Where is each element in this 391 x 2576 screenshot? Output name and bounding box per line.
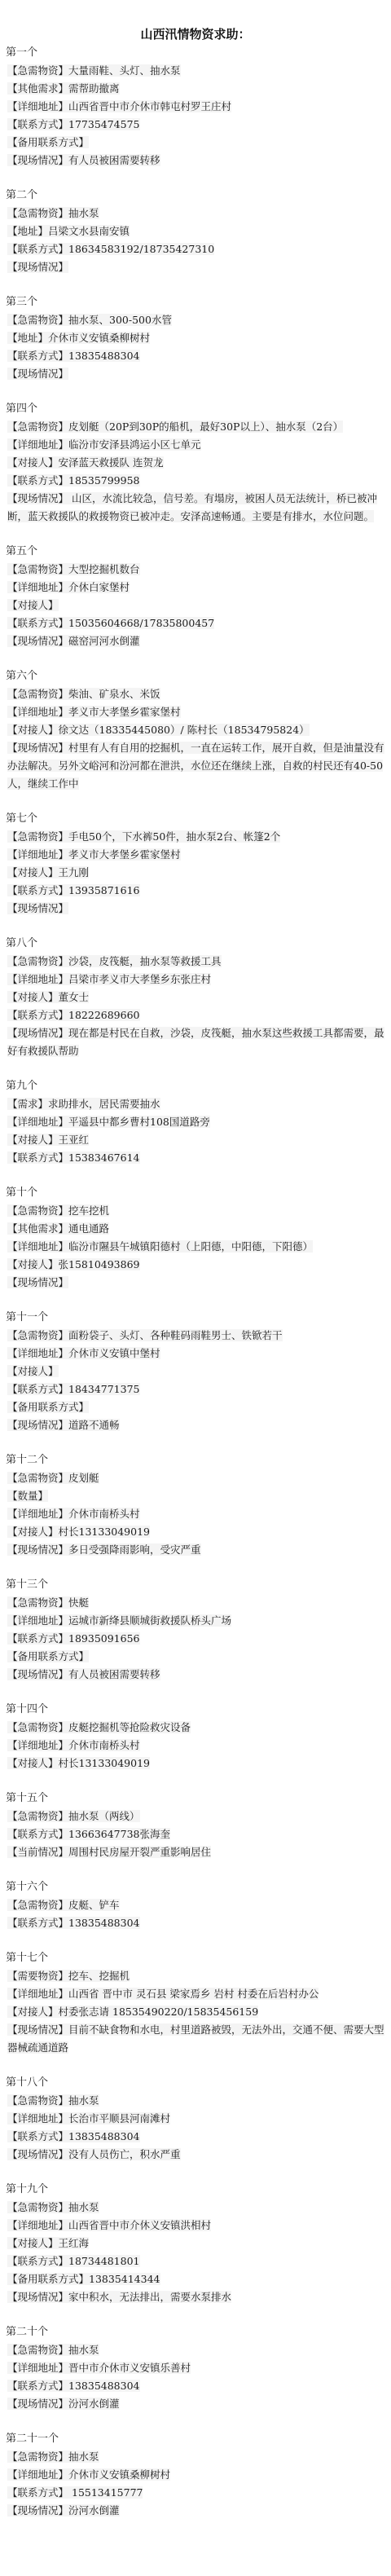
field-label: 【急需物资】 xyxy=(7,1329,68,1341)
field-text: 【详细地址】临汾市安泽县鸿运小区七单元 xyxy=(7,438,201,451)
request-field: 【其他需求】需帮助撤离 xyxy=(0,80,391,98)
request-heading: 第八个 xyxy=(0,935,391,953)
field-value: 15383467614 xyxy=(68,1151,139,1164)
field-value: 汾河水倒灌 xyxy=(68,2398,120,2410)
field-label: 【详细地址】 xyxy=(7,2468,68,2481)
request-field: 【急需物资】抽水泵 xyxy=(0,2092,391,2110)
field-value: 13835488304 xyxy=(68,2130,139,2142)
field-label: 【急需物资】 xyxy=(7,1204,68,1217)
field-text: 【联系方式】13935871616 xyxy=(7,884,140,896)
field-value: 挖车挖机 xyxy=(68,1204,109,1217)
field-label: 【详细地址】 xyxy=(7,2112,68,2125)
field-text: 【对接人】安泽蓝天救援队 连贺龙 xyxy=(7,456,164,469)
field-value: 有人员被困需要转移 xyxy=(68,154,160,166)
request-field: 【急需物资】抽水泵 xyxy=(0,2199,391,2217)
field-text: 【对接人】 xyxy=(7,1365,59,1377)
field-value: 皮艇、铲车 xyxy=(68,1899,120,1911)
request-field: 【详细地址】运城市新绛县顺城街救援队桥头广场 xyxy=(0,1612,391,1630)
field-value: 13835488304 xyxy=(68,2380,139,2392)
request-item: 第十一个【急需物资】面粉袋子、头灯、各种鞋码雨鞋男士、铁锨若干【详细地址】介休市… xyxy=(0,1309,391,1434)
field-label: 【对接人】 xyxy=(7,599,59,611)
request-field: 【现场情况】没有人员伤亡，积水严重 xyxy=(0,2146,391,2164)
field-value: 18222689660 xyxy=(68,1009,139,1021)
field-label: 【现场情况】 xyxy=(7,635,68,647)
request-item: 第六个【急需物资】柴油、矿泉水、米饭【详细地址】孝义市大孝堡乡霍家堡村【对接人】… xyxy=(0,667,391,793)
field-text: 【联系方式】18734481801 xyxy=(7,2255,140,2267)
field-label: 【联系方式】 xyxy=(7,617,68,629)
field-value: 王九刚 xyxy=(59,866,90,878)
field-text: 【对接人】村长13133049019 xyxy=(7,1757,150,1769)
field-label: 【联系方式】 xyxy=(7,1828,68,1840)
request-field: 【急需物资】皮艇挖掘机等抢险救灾设备 xyxy=(0,1719,391,1737)
request-field: 【对接人】徐文达（18335445080）/ 陈村长（18534795824） xyxy=(0,721,391,739)
field-label: 【详细地址】 xyxy=(7,706,68,718)
request-field: 【联系方式】18734481801 xyxy=(0,2252,391,2270)
request-field: 【详细地址】长治市平顺县河南滩村 xyxy=(0,2110,391,2128)
field-value: 临汾市安泽县鸿运小区七单元 xyxy=(68,438,201,451)
field-text: 【详细地址】孝义市大孝堡乡霍家堡村 xyxy=(7,848,181,861)
field-value: 多日受强降雨影响，受灾严重 xyxy=(68,1543,201,1556)
request-field: 【备用联系方式】13835414344 xyxy=(0,2270,391,2288)
field-label: 【联系方式】 xyxy=(7,1917,68,1929)
field-label: 【其他需求】 xyxy=(7,82,68,95)
field-text: 【备用联系方式】13835414344 xyxy=(7,2273,160,2285)
field-label: 【现场情况】 xyxy=(7,1543,68,1556)
field-label: 【当前情况】 xyxy=(7,1846,68,1858)
field-label: 【联系方式】 xyxy=(7,118,68,130)
field-text: 【对接人】村长13133049019 xyxy=(7,1526,150,1538)
request-field: 【详细地址】孝义市大孝堡乡霍家堡村 xyxy=(0,846,391,864)
request-item: 第二十个【急需物资】抽水泵【详细地址】晋中市介休市义安镇乐善村【联系方式】138… xyxy=(0,2323,391,2413)
field-value: 挖车、挖掘机 xyxy=(68,1970,130,1982)
request-item: 第四个【急需物资】皮划艇（20P到30P的船机，最好30P以上）、抽水泵（2台）… xyxy=(0,400,391,526)
request-heading: 第十一个 xyxy=(0,1309,391,1327)
field-label: 【对接人】 xyxy=(7,1365,59,1377)
field-text: 【详细地址】孝义市大孝堡乡霍家堡村 xyxy=(7,706,181,718)
page-title: 山西汛情物资求助： xyxy=(0,24,391,44)
field-value: 张15810493869 xyxy=(59,1258,140,1270)
field-text: 【现场情况】没有人员伤亡，积水严重 xyxy=(7,2148,181,2160)
field-value: 汾河水倒灌 xyxy=(68,2504,120,2517)
field-text: 【现场情况】村里有人有自用的挖掘机，一直在运转工作，展开自救，但是油量没有办法解… xyxy=(7,742,384,790)
field-label: 【数量】 xyxy=(7,1490,48,1502)
field-text: 【急需物资】沙袋，皮筏艇，抽水泵等救援工具 xyxy=(7,955,222,967)
field-value: 没有人员伤亡，积水严重 xyxy=(68,2148,181,2160)
field-label: 【急需物资】 xyxy=(7,2094,68,2107)
field-value: 介休市南桥头村 xyxy=(68,1739,140,1751)
request-field: 【对接人】安泽蓝天救援队 连贺龙 xyxy=(0,454,391,472)
field-value: 长治市平顺县河南滩村 xyxy=(68,2112,170,2125)
field-label: 【现场情况】 xyxy=(7,492,68,504)
field-text: 【联系方式】13663647738张海奎 xyxy=(7,1828,170,1840)
field-label: 【详细地址】 xyxy=(7,100,68,112)
field-label: 【联系方式】 xyxy=(7,350,68,362)
field-label: 【急需物资】 xyxy=(7,830,68,843)
request-field: 【急需物资】面粉袋子、头灯、各种鞋码雨鞋男士、铁锨若干 xyxy=(0,1327,391,1345)
field-label: 【详细地址】 xyxy=(7,1116,68,1128)
request-item: 第八个【急需物资】沙袋，皮筏艇，抽水泵等救援工具【详细地址】吕梁市孝义市大孝堡乡… xyxy=(0,935,391,1060)
request-field: 【急需物资】沙袋，皮筏艇，抽水泵等救援工具 xyxy=(0,953,391,971)
field-label: 【急需物资】 xyxy=(7,207,68,219)
request-list: 第一个【急需物资】大量雨鞋、头灯、抽水泵【其他需求】需帮助撤离【详细地址】山西省… xyxy=(0,44,391,2520)
request-field: 【备用联系方式】 xyxy=(0,134,391,152)
field-value: 吕梁文水县南安镇 xyxy=(48,225,130,237)
request-item: 第七个【急需物资】手电50个，下水裤50件，抽水泵2台、帐篷2个【详细地址】孝义… xyxy=(0,810,391,918)
field-value: 18734481801 xyxy=(68,2255,139,2267)
field-label: 【对接人】 xyxy=(7,991,59,1003)
field-label: 【对接人】 xyxy=(7,724,59,736)
field-label: 【详细地址】 xyxy=(7,848,68,861)
request-field: 【急需物资】快艇 xyxy=(0,1594,391,1612)
field-text: 【详细地址】介休市义安镇中堡村 xyxy=(7,1347,160,1359)
field-value: 磁窑河河水倒灌 xyxy=(68,635,140,647)
field-value: 抽水泵 xyxy=(68,2344,99,2356)
field-text: 【急需物资】皮划艇 xyxy=(7,1472,99,1484)
request-field: 【急需物资】皮划艇 xyxy=(0,1469,391,1487)
request-field: 【现场情况】磁窑河河水倒灌 xyxy=(0,632,391,650)
field-label: 【急需物资】 xyxy=(7,2201,68,2213)
field-label: 【急需物资】 xyxy=(7,1899,68,1911)
request-field: 【地址】介休市义安镇桑柳树村 xyxy=(0,329,391,347)
field-value: 18634583192/18735427310 xyxy=(68,243,214,255)
request-field: 【详细地址】介休白家堡村 xyxy=(0,579,391,597)
field-value: 沙袋，皮筏艇，抽水泵等救援工具 xyxy=(68,955,222,967)
field-value: 皮划艇（20P到30P的船机，最好30P以上）、抽水泵（2台） xyxy=(68,421,343,433)
request-field: 【详细地址】山西省晋中市介休市韩屯村罗王庄村 xyxy=(0,98,391,116)
field-value: 13835414344 xyxy=(89,2273,160,2285)
field-text: 【详细地址】临汾市隰县午城镇阳德村（上阳德，中阳德，下阳德） xyxy=(7,1240,313,1253)
field-label: 【联系方式】 xyxy=(7,1632,68,1645)
field-label: 【现场情况】 xyxy=(7,154,68,166)
field-value: 运城市新绛县顺城街救援队桥头广场 xyxy=(68,1614,231,1627)
field-text: 【联系方式】15035604668/17835800457 xyxy=(7,617,214,629)
field-text: 【详细地址】长治市平顺县河南滩村 xyxy=(7,2112,170,2125)
field-text: 【对接人】张15810493869 xyxy=(7,1258,140,1270)
request-field: 【急需物资】抽水泵、300-500水管 xyxy=(0,311,391,329)
field-text: 【联系方式】 15513415777 xyxy=(7,2486,143,2499)
field-label: 【联系方式】 xyxy=(7,474,68,487)
field-text: 【急需物资】抽水泵 xyxy=(7,2451,99,2463)
field-label: 【对接人】 xyxy=(7,456,59,469)
field-value: 董女士 xyxy=(59,991,90,1003)
field-text: 【其他需求】通电通路 xyxy=(7,1222,109,1235)
request-field: 【联系方式】13835488304 xyxy=(0,2128,391,2146)
field-value: 介休市义安镇中堡村 xyxy=(68,1347,160,1359)
field-value: 平遥县中都乡曹村108国道路旁 xyxy=(68,1116,210,1128)
field-text: 【现场情况】家中积水，无法排出，需要水泵排水 xyxy=(7,2291,231,2303)
request-heading: 第十八个 xyxy=(0,2074,391,2092)
request-field: 【对接人】 xyxy=(0,597,391,614)
field-value: 手电50个，下水裤50件，抽水泵2台、帐篷2个 xyxy=(68,830,280,843)
field-label: 【联系方式】 xyxy=(7,884,68,896)
field-text: 【详细地址】晋中市介休市义安镇乐善村 xyxy=(7,2362,191,2374)
field-text: 【急需物资】抽水泵 xyxy=(7,2201,99,2213)
request-heading: 第四个 xyxy=(0,400,391,418)
field-value: 山西省晋中市介休义安镇洪相村 xyxy=(68,2219,211,2231)
field-label: 【需求】 xyxy=(7,1098,48,1110)
field-value: 周围村民房屋开裂严重影响居住 xyxy=(68,1846,211,1858)
request-heading: 第二个 xyxy=(0,187,391,205)
field-value: 通电通路 xyxy=(68,1222,109,1235)
field-value: 家中积水，无法排出，需要水泵排水 xyxy=(68,2291,231,2303)
field-label: 【现场情况】 xyxy=(7,1027,68,1039)
field-text: 【对接人】徐文达（18335445080）/ 陈村长（18534795824） xyxy=(7,724,310,736)
request-field: 【现场情况】 xyxy=(0,900,391,918)
field-value: 抽水泵（两线） xyxy=(68,1810,140,1822)
field-text: 【现场情况】 山区，水流比较急，信号差。有塌房，被困人员无法统计，桥已被冲断，蓝… xyxy=(7,492,377,522)
request-item: 第二个【急需物资】抽水泵【地址】吕梁文水县南安镇【联系方式】1863458319… xyxy=(0,187,391,276)
field-value: 介休市义安镇桑柳树村 xyxy=(48,332,150,344)
field-text: 【对接人】王九刚 xyxy=(7,866,89,878)
request-field: 【详细地址】介休市南桥头村 xyxy=(0,1737,391,1755)
field-label: 【急需物资】 xyxy=(7,64,68,77)
request-field: 【现场情况】 xyxy=(0,258,391,276)
field-label: 【详细地址】 xyxy=(7,1347,68,1359)
field-label: 【急需物资】 xyxy=(7,955,68,967)
request-field: 【现场情况】家中积水，无法排出，需要水泵排水 xyxy=(0,2288,391,2306)
field-text: 【地址】介休市义安镇桑柳树村 xyxy=(7,332,150,344)
request-field: 【对接人】王九刚 xyxy=(0,864,391,882)
field-value: 抽水泵 xyxy=(68,207,99,219)
field-label: 【现场情况】 xyxy=(7,2291,68,2303)
request-field: 【备用联系方式】 xyxy=(0,1398,391,1416)
field-text: 【详细地址】山西省 晋中市 灵石县 梁家焉乡 岩村 村委在后岩村办公 xyxy=(7,1988,319,2000)
request-field: 【数量】 xyxy=(0,1487,391,1505)
field-text: 【现场情况】现在都是村民在自救，沙袋，皮筏艇，抽水泵这些救援工具都需要，最好有救… xyxy=(7,1027,384,1057)
request-heading: 第二十一个 xyxy=(0,2430,391,2448)
field-value: 13935871616 xyxy=(68,884,139,896)
field-value: 18935091656 xyxy=(68,1632,139,1645)
field-label: 【详细地址】 xyxy=(7,1988,68,2000)
field-value: 13835488304 xyxy=(68,350,139,362)
request-field: 【现场情况】 山区，水流比较急，信号差。有塌房，被困人员无法统计，桥已被冲断，蓝… xyxy=(0,490,391,526)
request-field: 【急需物资】挖车挖机 xyxy=(0,1202,391,1220)
request-item: 第二十一个【急需物资】抽水泵【详细地址】介休市义安镇桑柳树村【联系方式】 155… xyxy=(0,2430,391,2520)
field-text: 【对接人】王红海 xyxy=(7,2237,89,2249)
field-value: 吕梁市孝义市大孝堡乡东张庄村 xyxy=(68,973,211,985)
field-value: 村长13133049019 xyxy=(59,1757,150,1769)
field-text: 【联系方式】13835488304 xyxy=(7,2380,140,2392)
field-label: 【联系方式】 xyxy=(7,243,68,255)
field-text: 【现场情况】 xyxy=(7,902,68,914)
request-heading: 第七个 xyxy=(0,810,391,828)
field-text: 【备用联系方式】 xyxy=(7,1650,89,1662)
request-heading: 第十九个 xyxy=(0,2181,391,2199)
request-field: 【详细地址】临汾市隰县午城镇阳德村（上阳德，中阳德，下阳德） xyxy=(0,1238,391,1256)
field-text: 【联系方式】18634583192/18735427310 xyxy=(7,243,214,255)
field-text: 【对接人】 xyxy=(7,599,59,611)
request-field: 【详细地址】平遥县中都乡曹村108国道路旁 xyxy=(0,1113,391,1131)
field-text: 【急需物资】挖车挖机 xyxy=(7,1204,109,1217)
field-text: 【现场情况】磁窑河河水倒灌 xyxy=(7,635,140,647)
field-label: 【现场情况】 xyxy=(7,1276,68,1288)
field-text: 【现场情况】目前不缺食物和水电，村里道路被毁，无法外出，交通不便、需要大型器械疏… xyxy=(7,2023,384,2054)
field-text: 【详细地址】介休市南桥头村 xyxy=(7,1739,140,1751)
field-label: 【现场情况】 xyxy=(7,2148,68,2160)
request-field: 【对接人】 xyxy=(0,1363,391,1380)
field-label: 【详细地址】 xyxy=(7,1240,68,1253)
request-field: 【对接人】王亚红 xyxy=(0,1131,391,1149)
request-field: 【联系方式】18535799958 xyxy=(0,472,391,490)
field-text: 【详细地址】介休市义安镇桑柳树村 xyxy=(7,2468,170,2481)
field-label: 【现场情况】 xyxy=(7,2398,68,2410)
field-label: 【急需物资】 xyxy=(7,421,68,433)
field-text: 【急需物资】大型挖掘机数台 xyxy=(7,563,140,575)
field-value: 大量雨鞋、头灯、抽水泵 xyxy=(68,64,181,77)
request-item: 第十九个【急需物资】抽水泵【详细地址】山西省晋中市介休义安镇洪相村【对接人】王红… xyxy=(0,2181,391,2306)
request-item: 第十二个【急需物资】皮划艇【数量】【详细地址】介休市南桥头村【对接人】村长131… xyxy=(0,1451,391,1559)
field-value: 徐文达（18335445080）/ 陈村长（18534795824） xyxy=(59,724,310,736)
request-field: 【联系方式】 15513415777 xyxy=(0,2484,391,2502)
field-label: 【详细地址】 xyxy=(7,1614,68,1627)
field-label: 【现场情况】 xyxy=(7,742,68,754)
request-heading: 第十二个 xyxy=(0,1451,391,1469)
field-label: 【急需物资】 xyxy=(7,1721,68,1733)
field-text: 【联系方式】18434771375 xyxy=(7,1383,140,1395)
field-text: 【详细地址】山西省晋中市介休市韩屯村罗王庄村 xyxy=(7,100,231,112)
request-field: 【详细地址】孝义市大孝堡乡霍家堡村 xyxy=(0,703,391,721)
request-heading: 第十七个 xyxy=(0,1949,391,1967)
request-field: 【对接人】张15810493869 xyxy=(0,1256,391,1274)
field-value: 抽水泵 xyxy=(68,2201,99,2213)
field-text: 【现场情况】 xyxy=(7,261,68,273)
field-label: 【详细地址】 xyxy=(7,1508,68,1520)
field-label: 【现场情况】 xyxy=(7,261,68,273)
field-label: 【需要物资】 xyxy=(7,1970,68,1982)
field-label: 【联系方式】 xyxy=(7,2130,68,2142)
field-label: 【急需物资】 xyxy=(7,1472,68,1484)
request-item: 第一个【急需物资】大量雨鞋、头灯、抽水泵【其他需求】需帮助撤离【详细地址】山西省… xyxy=(0,44,391,170)
field-label: 【详细地址】 xyxy=(7,581,68,593)
field-label: 【对接人】 xyxy=(7,866,59,878)
field-label: 【急需物资】 xyxy=(7,314,68,326)
field-label: 【详细地址】 xyxy=(7,973,68,985)
request-field: 【现场情况】目前不缺食物和水电，村里道路被毁，无法外出，交通不便、需要大型器械疏… xyxy=(0,2021,391,2057)
field-text: 【数量】 xyxy=(7,1490,48,1502)
field-label: 【急需物资】 xyxy=(7,1810,68,1822)
field-label: 【地址】 xyxy=(7,225,48,237)
request-item: 第三个【急需物资】抽水泵、300-500水管【地址】介休市义安镇桑柳树村【联系方… xyxy=(0,293,391,383)
field-label: 【详细地址】 xyxy=(7,2219,68,2231)
field-text: 【联系方式】18535799958 xyxy=(7,474,140,487)
request-item: 第五个【急需物资】大型挖掘机数台【详细地址】介休白家堡村【对接人】【联系方式】1… xyxy=(0,543,391,650)
field-text: 【急需物资】手电50个，下水裤50件，抽水泵2台、帐篷2个 xyxy=(7,830,280,843)
field-label: 【备用联系方式】 xyxy=(7,1401,89,1413)
field-value: 18535799958 xyxy=(68,474,139,487)
request-item: 第十个【急需物资】挖车挖机【其他需求】通电通路【详细地址】临汾市隰县午城镇阳德村… xyxy=(0,1184,391,1292)
field-text: 【急需物资】皮划艇（20P到30P的船机，最好30P以上）、抽水泵（2台） xyxy=(7,421,343,433)
request-field: 【联系方式】18222689660 xyxy=(0,1006,391,1024)
field-text: 【当前情况】周围村民房屋开裂严重影响居住 xyxy=(7,1846,211,1858)
field-label: 【急需物资】 xyxy=(7,563,68,575)
request-field: 【地址】吕梁文水县南安镇 xyxy=(0,222,391,240)
field-text: 【急需物资】面粉袋子、头灯、各种鞋码雨鞋男士、铁锨若干 xyxy=(7,1329,283,1341)
request-heading: 第十个 xyxy=(0,1184,391,1202)
field-label: 【备用联系方式】 xyxy=(7,136,89,148)
field-label: 【现场情况】 xyxy=(7,2023,68,2036)
request-field: 【联系方式】13835488304 xyxy=(0,2377,391,2395)
field-label: 【急需物资】 xyxy=(7,688,68,700)
field-value: 皮艇挖掘机等抢险救灾设备 xyxy=(68,1721,191,1733)
field-label: 【现场情况】 xyxy=(7,368,68,380)
document-page: 山西汛情物资求助： 第一个【急需物资】大量雨鞋、头灯、抽水泵【其他需求】需帮助撤… xyxy=(0,0,391,2520)
field-text: 【急需物资】抽水泵 xyxy=(7,2344,99,2356)
field-text: 【备用联系方式】 xyxy=(7,1401,89,1413)
request-field: 【对接人】王红海 xyxy=(0,2235,391,2252)
request-field: 【对接人】村长13133049019 xyxy=(0,1755,391,1772)
request-field: 【急需物资】抽水泵 xyxy=(0,2341,391,2359)
request-field: 【现场情况】有人员被困需要转移 xyxy=(0,1666,391,1684)
request-field: 【联系方式】13935871616 xyxy=(0,882,391,900)
field-value: 介休市义安镇桑柳树村 xyxy=(68,2468,170,2481)
field-text: 【现场情况】 xyxy=(7,1276,68,1288)
request-field: 【详细地址】山西省 晋中市 灵石县 梁家焉乡 岩村 村委在后岩村办公 xyxy=(0,1985,391,2003)
field-value: 皮划艇 xyxy=(68,1472,99,1484)
field-value: 抽水泵 xyxy=(68,2094,99,2107)
field-value: 抽水泵 xyxy=(68,2451,99,2463)
field-value: 15035604668/17835800457 xyxy=(68,617,214,629)
request-item: 第十三个【急需物资】快艇【详细地址】运城市新绛县顺城街救援队桥头广场【联系方式】… xyxy=(0,1576,391,1684)
request-field: 【对接人】村长13133049019 xyxy=(0,1523,391,1541)
field-value: 大型挖掘机数台 xyxy=(68,563,140,575)
field-text: 【联系方式】18935091656 xyxy=(7,1632,140,1645)
request-field: 【对接人】村委张志请 18535490220/15835456159 xyxy=(0,2003,391,2021)
field-value: 孝义市大孝堡乡霍家堡村 xyxy=(68,848,181,861)
field-label: 【现场情况】 xyxy=(7,1668,68,1680)
request-field: 【急需物资】皮划艇（20P到30P的船机，最好30P以上）、抽水泵（2台） xyxy=(0,418,391,436)
field-label: 【现场情况】 xyxy=(7,902,68,914)
request-heading: 第五个 xyxy=(0,543,391,561)
field-text: 【详细地址】运城市新绛县顺城街救援队桥头广场 xyxy=(7,1614,231,1627)
request-field: 【现场情况】汾河水倒灌 xyxy=(0,2395,391,2413)
field-text: 【现场情况】有人员被困需要转移 xyxy=(7,154,160,166)
field-text: 【急需物资】快艇 xyxy=(7,1596,89,1609)
field-label: 【详细地址】 xyxy=(7,1739,68,1751)
request-field: 【急需物资】皮艇、铲车 xyxy=(0,1896,391,1914)
request-field: 【详细地址】介休市义安镇中堡村 xyxy=(0,1345,391,1363)
field-label: 【急需物资】 xyxy=(7,2451,68,2463)
request-field: 【需要物资】挖车、挖掘机 xyxy=(0,1967,391,1985)
request-field: 【现场情况】多日受强降雨影响，受灾严重 xyxy=(0,1541,391,1559)
request-heading: 第十六个 xyxy=(0,1878,391,1896)
field-text: 【对接人】村委张志请 18535490220/15835456159 xyxy=(7,2006,258,2018)
field-text: 【现场情况】道路不通畅 xyxy=(7,1419,120,1431)
field-label: 【急需物资】 xyxy=(7,1596,68,1609)
request-field: 【联系方式】18935091656 xyxy=(0,1630,391,1648)
field-label: 【其他需求】 xyxy=(7,1222,68,1235)
request-field: 【现场情况】村里有人有自用的挖掘机，一直在运转工作，展开自救，但是油量没有办法解… xyxy=(0,739,391,793)
request-field: 【联系方式】15035604668/17835800457 xyxy=(0,614,391,632)
field-label: 【详细地址】 xyxy=(7,2362,68,2374)
field-text: 【现场情况】 xyxy=(7,368,68,380)
field-text: 【急需物资】抽水泵、300-500水管 xyxy=(7,314,172,326)
field-text: 【急需物资】抽水泵 xyxy=(7,207,99,219)
field-text: 【备用联系方式】 xyxy=(7,136,89,148)
field-value: 介休市南桥头村 xyxy=(68,1508,140,1520)
field-text: 【需求】求助排水，居民需要抽水 xyxy=(7,1098,160,1110)
request-field: 【备用联系方式】 xyxy=(0,1648,391,1666)
field-value: 山西省 晋中市 灵石县 梁家焉乡 岩村 村委在后岩村办公 xyxy=(68,1988,319,2000)
field-value: 快艇 xyxy=(68,1596,89,1609)
field-label: 【备用联系方式】 xyxy=(7,2273,89,2285)
request-field: 【现场情况】 xyxy=(0,1274,391,1292)
request-item: 第十八个【急需物资】抽水泵【详细地址】长治市平顺县河南滩村【联系方式】13835… xyxy=(0,2074,391,2164)
request-field: 【现场情况】 xyxy=(0,365,391,383)
request-item: 第九个【需求】求助排水，居民需要抽水【详细地址】平遥县中都乡曹村108国道路旁【… xyxy=(0,1077,391,1167)
field-label: 【详细地址】 xyxy=(7,438,68,451)
request-heading: 第十三个 xyxy=(0,1576,391,1594)
field-value: 抽水泵、300-500水管 xyxy=(68,314,172,326)
